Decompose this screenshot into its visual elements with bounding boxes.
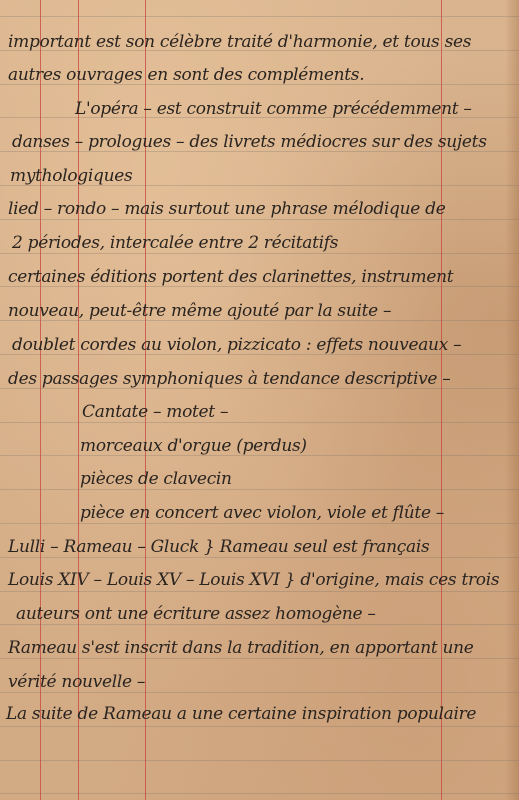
text-line-17: Louis XIV – Louis XV – Louis XVI } d'ori… bbox=[8, 570, 499, 590]
text-line-15: pièce en concert avec violon, viole et f… bbox=[80, 503, 444, 523]
text-line-10: doublet cordes au violon, pizzicato : ef… bbox=[12, 335, 461, 355]
text-line-14: pièces de clavecin bbox=[80, 469, 232, 489]
text-line-12: Cantate – motet – bbox=[82, 402, 228, 422]
text-line-5: mythologiques bbox=[10, 166, 132, 186]
text-line-2: autres ouvrages en sont des compléments. bbox=[8, 65, 364, 85]
text-line-20: vérité nouvelle – bbox=[8, 672, 145, 692]
text-line-1: important est son célèbre traité d'harmo… bbox=[8, 32, 471, 52]
text-line-16: Lulli – Rameau – Gluck } Rameau seul est… bbox=[8, 537, 429, 557]
text-line-7: 2 périodes, intercalée entre 2 récitatif… bbox=[12, 233, 338, 253]
text-line-11: des passages symphoniques à tendance des… bbox=[8, 369, 450, 389]
notebook-page: important est son célèbre traité d'harmo… bbox=[0, 0, 519, 800]
margin-line-right bbox=[441, 0, 442, 800]
text-line-6: lied – rondo – mais surtout une phrase m… bbox=[8, 199, 445, 219]
text-line-9: nouveau, peut-être même ajouté par la su… bbox=[8, 301, 391, 321]
text-line-21: La suite de Rameau a une certaine inspir… bbox=[6, 704, 476, 724]
text-line-13: morceaux d'orgue (perdus) bbox=[80, 436, 307, 456]
text-line-3: L'opéra – est construit comme précédemme… bbox=[75, 99, 472, 119]
text-line-4: danses – prologues – des livrets médiocr… bbox=[12, 132, 487, 152]
page-edge-shadow bbox=[505, 0, 519, 800]
text-line-19: Rameau s'est inscrit dans la tradition, … bbox=[8, 638, 474, 658]
text-line-18: auteurs ont une écriture assez homogène … bbox=[16, 604, 376, 624]
margin-line-3 bbox=[145, 0, 146, 800]
text-line-8: certaines éditions portent des clarinett… bbox=[8, 267, 453, 287]
